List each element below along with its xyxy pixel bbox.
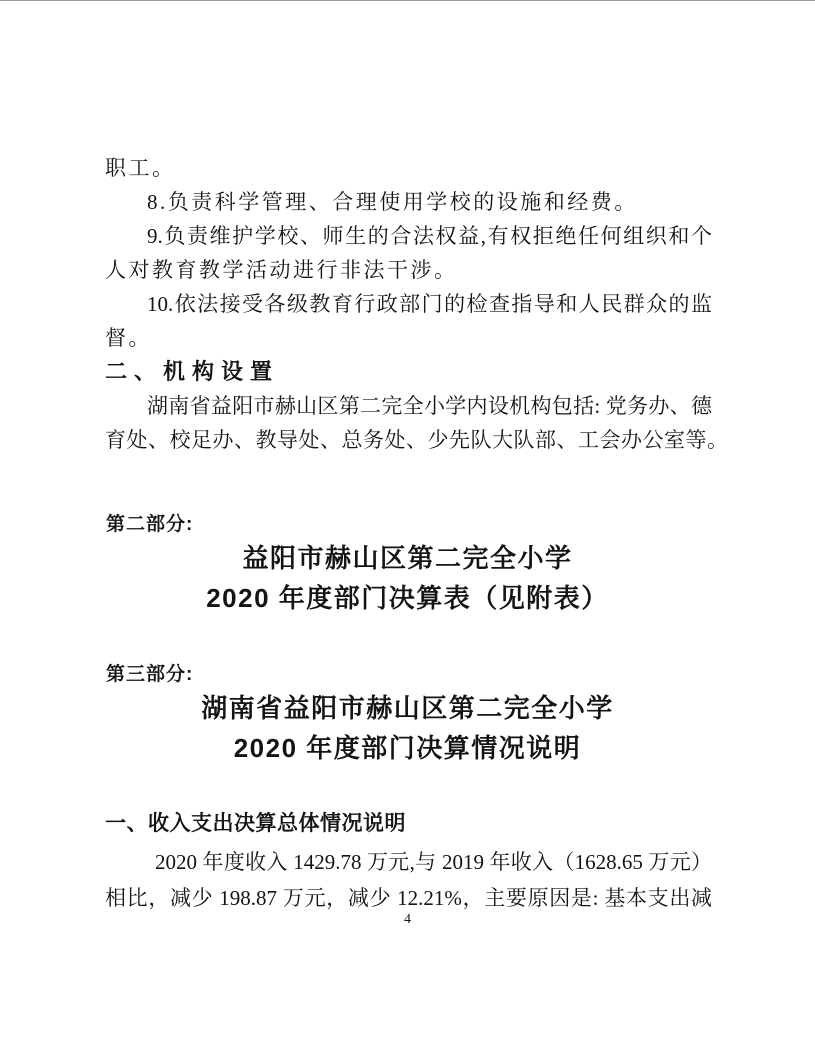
body-line-org1: 湖南省益阳市赫山区第二完全小学内设机构包括: 党务办、德	[105, 389, 712, 423]
notes-line-income: 2020 年度收入 1429.78 万元,与 2019 年收入（1628.65 …	[105, 847, 712, 877]
body-line-item9: 9.负责维护学校、师生的合法权益,有权拒绝任何组织和个	[105, 219, 712, 253]
part2-title-line1: 益阳市赫山区第二完全小学	[0, 543, 815, 573]
body-line-item9-cont: 人对教育教学活动进行非法干涉。	[105, 253, 712, 287]
body-paragraphs: 职工。 8.负责科学管理、合理使用学校的设施和经费。 9.负责维护学校、师生的合…	[105, 151, 712, 457]
page-number: 4	[0, 911, 815, 929]
part3-title-line2: 2020 年度部门决算情况说明	[0, 733, 815, 763]
body-line-zhigong: 职工。	[105, 151, 712, 185]
part3-label: 第三部分:	[106, 663, 193, 687]
notes-line-decrease: 相比，减少 198.87 万元，减少 12.21%，主要原因是: 基本支出减	[105, 883, 712, 913]
org-setup-heading: 二、机构设置	[105, 355, 712, 389]
notes-section-heading: 一、收入支出决算总体情况说明	[105, 809, 406, 839]
part3-title-line1: 湖南省益阳市赫山区第二完全小学	[0, 693, 815, 723]
body-line-item8: 8.负责科学管理、合理使用学校的设施和经费。	[105, 185, 712, 219]
body-line-item10: 10.依法接受各级教育行政部门的检查指导和人民群众的监	[105, 287, 712, 321]
part2-title-line2: 2020 年度部门决算表（见附表）	[0, 583, 815, 613]
body-line-item10-cont: 督。	[105, 321, 712, 355]
document-page: 职工。 8.负责科学管理、合理使用学校的设施和经费。 9.负责维护学校、师生的合…	[0, 0, 815, 1055]
body-line-org2: 育处、校足办、教导处、总务处、少先队大队部、工会办公室等。	[105, 423, 712, 457]
part2-label: 第二部分:	[106, 513, 193, 537]
